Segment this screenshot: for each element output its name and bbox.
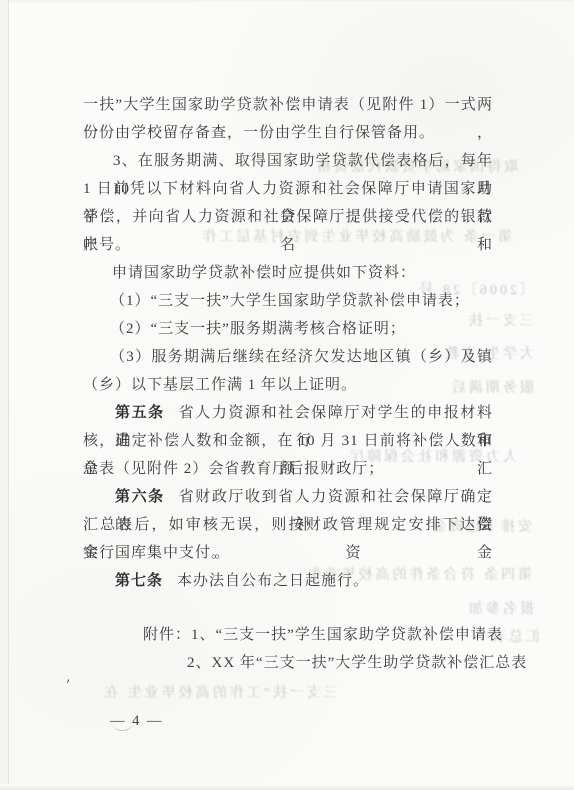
body-text: 2、XX 年“三支一扶”大学生助学贷款补偿汇总表	[187, 655, 527, 671]
article-5-line: 第五条省人力资源和社会保障厅对学生的申报材料进行审	[83, 399, 493, 427]
body-text: 实行国库集中支付。	[83, 545, 227, 561]
article-6-line: 第六条省财政厅收到省人力资源和社会保障厅确定的补偿	[83, 483, 493, 511]
body-line: 核，确定补偿人数和金额，在 10 月 31 日前将补偿人数和金额汇	[83, 427, 493, 455]
bleedthrough-text: 三支一扶”工作的高校毕业生 在基	[102, 684, 338, 704]
body-line: 1 日前凭以下材料向省人力资源和社会保障厅申请国家助学贷款	[83, 175, 493, 203]
body-text: 附件：1、“三支一扶”学生国家助学贷款补偿申请表	[143, 627, 503, 643]
body-line: 申请国家助学贷款补偿时应提供如下资料：	[83, 259, 493, 287]
body-text: 总表（见附件 2）会省教育厅后报财政厅；	[83, 461, 384, 477]
body-text: 本办法自公布之日起施行。	[177, 573, 369, 589]
article-7-line: 第七条本办法自公布之日起施行。	[83, 567, 493, 595]
article-5-number: 第五条	[115, 404, 165, 421]
body-line: 实行国库集中支付。	[83, 539, 493, 567]
body-line: 汇总表后，如审核无误，则按财政管理规定安排下达资金。资金	[83, 511, 493, 539]
body-text: （1）“三支一扶”大学生国家助学贷款补偿申请表；	[110, 293, 470, 309]
body-line: 3、在服务期满、取得国家助学贷款代偿表格后，每年 10 月	[83, 147, 493, 175]
body-line: 一扶”大学生国家助学贷款补偿申请表（见附件 1）一式两份，	[83, 91, 493, 119]
body-text: （2）“三支一扶”服务期满考核合格证明；	[110, 321, 406, 337]
body-line: 总表（见附件 2）会省教育厅后报财政厅；	[83, 455, 493, 483]
bleedthrough-text: 报名参加	[448, 600, 534, 620]
attachment-line-2: 2、XX 年“三支一扶”大学生助学贷款补偿汇总表	[83, 649, 493, 677]
body-line: 补偿，并向省人力资源和社会保障厅提供接受代偿的银行户名和	[83, 203, 493, 231]
scan-edge-left	[0, 0, 9, 790]
attachment-line-1: 附件：1、“三支一扶”学生国家助学贷款补偿申请表	[83, 621, 493, 649]
list-item-1: （1）“三支一扶”大学生国家助学贷款补偿申请表；	[83, 287, 493, 315]
body-text: （3）服务期满后继续在经济欠发达地区镇（乡）及镇	[110, 349, 493, 365]
scan-edge-bottom	[0, 784, 574, 790]
list-item-2: （2）“三支一扶”服务期满考核合格证明；	[83, 315, 493, 343]
article-6-number: 第六条	[115, 488, 165, 505]
scanned-document-page: 取得国家助学贷款代偿资格 第一条 为鼓励高校毕业生到农村基层工作 〔2006〕2…	[0, 0, 574, 790]
body-line: 帐号。	[83, 231, 493, 259]
body-line: 一份由学校留存备查，一份由学生自行保管备用。	[83, 119, 493, 147]
body-text: 申请国家助学贷款补偿时应提供如下资料：	[112, 265, 416, 281]
page-number: — 4 —	[110, 707, 164, 735]
article-7-number: 第七条	[115, 572, 163, 589]
body-text: 一份由学校留存备查，一份由学生自行保管备用。	[83, 125, 435, 141]
stray-ink-mark: ’	[66, 678, 70, 693]
list-item-3: （3）服务期满后继续在经济欠发达地区镇（乡）及镇	[83, 343, 493, 371]
scan-edge-top	[0, 0, 574, 3]
body-line: （乡）以下基层工作满 1 年以上证明。	[83, 371, 493, 399]
body-text: （乡）以下基层工作满 1 年以上证明。	[83, 377, 357, 393]
body-text: 帐号。	[83, 237, 131, 253]
